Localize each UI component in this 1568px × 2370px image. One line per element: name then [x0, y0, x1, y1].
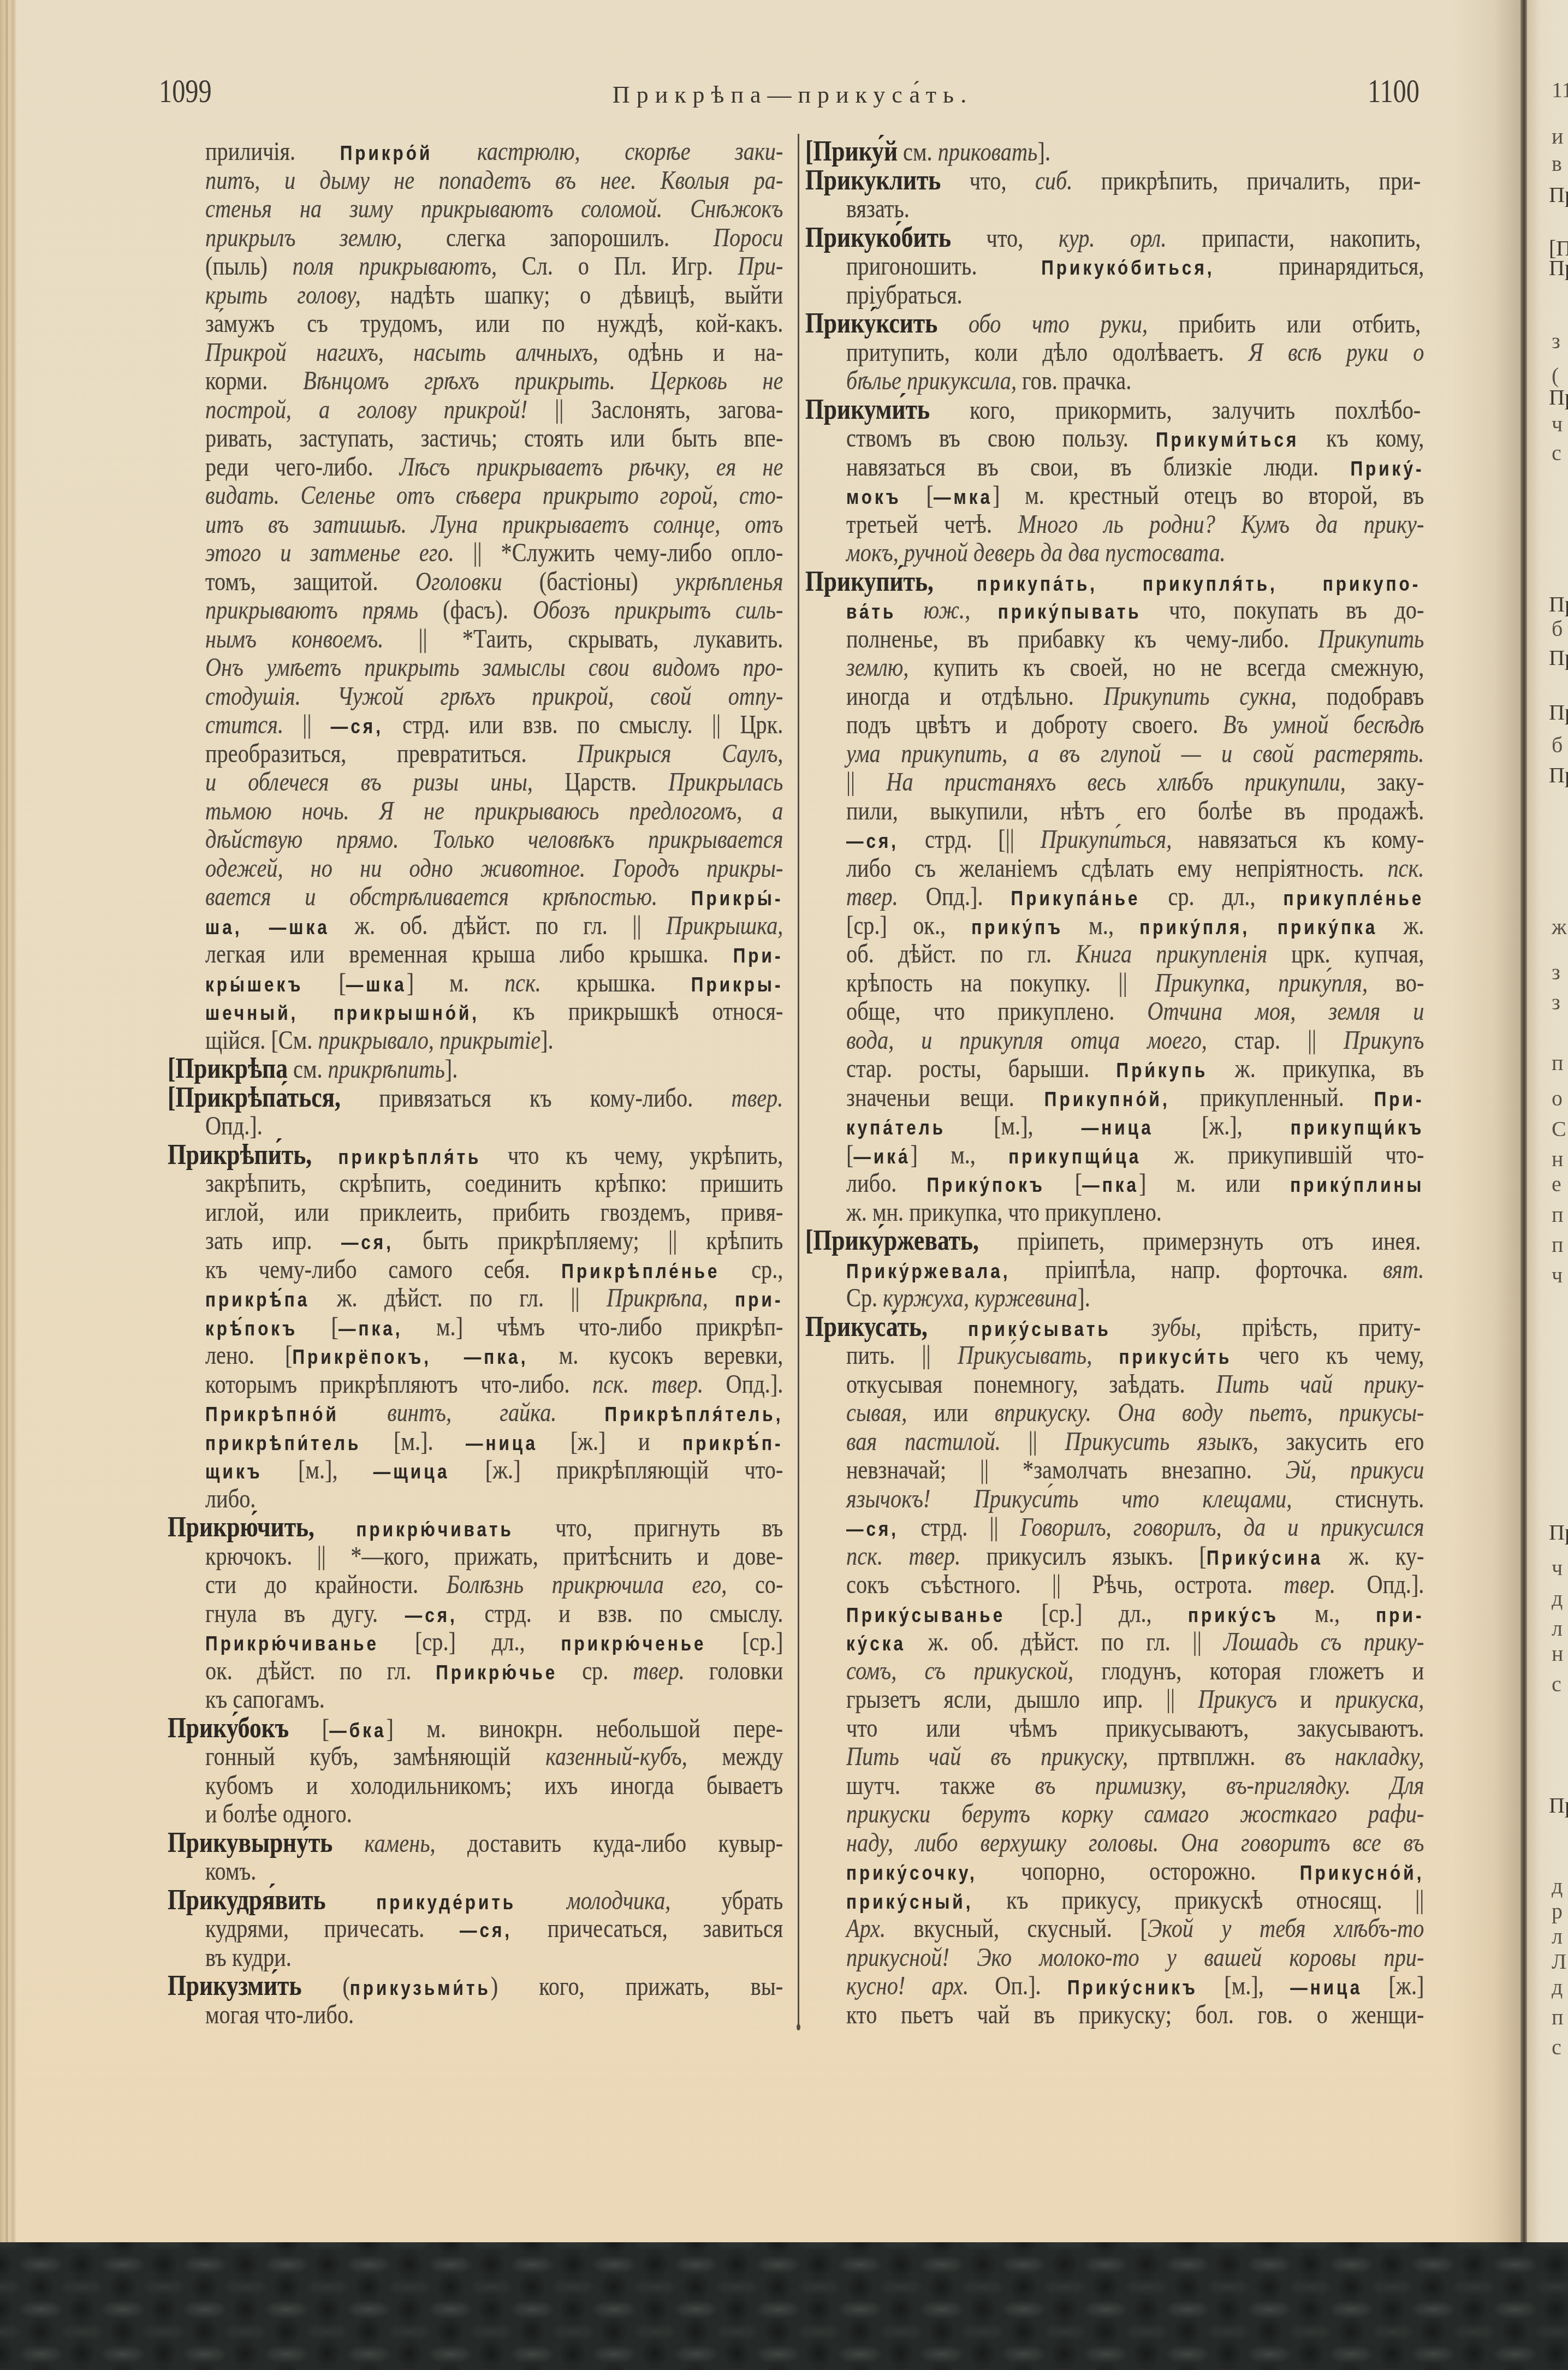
entry-line: зать ипр. —ся, быть прикрѣпляему; || крѣ… [205, 1227, 783, 1256]
italic-text: стится. [205, 710, 283, 739]
text: ж. дѣйст. по гл. || [310, 1284, 607, 1312]
headword: Прикуса́ть, [805, 1311, 928, 1343]
text [312, 1141, 338, 1170]
stacked-page-edges [0, 0, 16, 2242]
italic-text: Прикрой нагихъ, насыть алчныхъ, [205, 338, 598, 367]
entry-line: прикрѣ́па ж. дѣйст. по гл. || Прикрѣпа, … [205, 1284, 783, 1313]
text: || [846, 768, 886, 797]
bold-form: прикупщи́къ [1291, 1116, 1424, 1139]
entry-head-line: [Прику́ржевать, пріипеть, примерзнуть от… [805, 1227, 1421, 1256]
text: причесаться, завиться [512, 1914, 783, 1943]
text: стрд. и взв. по смыслу. [458, 1599, 783, 1628]
text: привязаться къ кому-либо. [341, 1084, 732, 1113]
italic-text: Онъ умѣетъ прикрыть замыслы свои видомъ … [205, 653, 783, 682]
text: ] м., [911, 1141, 1009, 1169]
entry-line: сомъ, съ прикуской, глодунъ, которая гло… [846, 1657, 1424, 1686]
italic-text: твер. [732, 1084, 783, 1113]
headword: Прикуко́бить [805, 222, 951, 253]
text: црк. купчая, [1267, 940, 1424, 969]
next-page-text-fragment: и [1552, 126, 1563, 147]
bold-form: прикрѣ́п- [682, 1431, 783, 1454]
text: либо съ желаніемъ сдѣлать ему непріятнос… [846, 854, 1387, 883]
italic-text: Прикупка, прику́пля, [1155, 969, 1368, 997]
text: обще, что прикуплено. [846, 997, 1147, 1026]
text: Опд.]. [703, 1370, 783, 1399]
column-divider [798, 134, 799, 2027]
scanned-book-spread: 1099 Прикрѣпа—прикуса́ть. 1100 приличія.… [0, 0, 1568, 2370]
text: чопорно, осторожно. [977, 1857, 1300, 1886]
bold-form: купа́тель [846, 1116, 946, 1139]
italic-text: одежей, но ни одно животное. Городъ прик… [205, 854, 783, 883]
entry-line: шечный, прикрышно́й, къ прикрышкѣ относя… [205, 997, 783, 1026]
entry-head-line: Прику́ксить обо что руки, прибить или от… [805, 310, 1421, 338]
entry-line: наду, либо верхушку головы. Она говоритъ… [846, 1829, 1424, 1858]
text: глодунъ, которая гложетъ и [1073, 1656, 1424, 1685]
next-page-text-fragment: р [1552, 1900, 1563, 1922]
bold-form: прику́сный, [846, 1890, 973, 1913]
entry-line: итъ въ затишьѣ. Луна прикрываетъ солнце,… [205, 510, 783, 539]
text: надѣть шапку; о дѣвицѣ, выйти [361, 281, 783, 310]
next-page-text-fragment: п [1552, 1052, 1563, 1074]
entry-line: къ чему-либо самого себя. Прикрѣпле́нье … [205, 1256, 783, 1285]
next-page-text-fragment: д [1552, 1588, 1563, 1609]
text: ]. [541, 1026, 554, 1055]
italic-text: Прикрыся Саулъ, [577, 739, 783, 768]
entry-line: прику́сный, къ прикусу, прикускѣ относящ… [846, 1886, 1424, 1915]
entry-head-line: Прикуса́ть, прику́сывать зубы, пріѣсть, … [805, 1313, 1421, 1342]
bold-form: Прикры- [691, 973, 783, 996]
text: ж. прикупка, въ [1208, 1054, 1424, 1083]
text: прибить или отбить, [1148, 310, 1421, 338]
text: [ [289, 1714, 329, 1743]
bold-form: —ся, [331, 715, 383, 738]
bold-form: —пка, [338, 1317, 403, 1340]
italic-text: пск. твер. [592, 1370, 703, 1399]
next-page-text-fragment: п [1552, 1234, 1563, 1256]
text: [ж.] [1362, 1971, 1424, 2000]
italic-text: сомъ, съ прикуской, [846, 1656, 1073, 1685]
italic-text: прикусной! Эко молоко-то у вашей коровы … [846, 1943, 1424, 1972]
text: что къ чему, укрѣпить, [481, 1141, 783, 1170]
text: головки [685, 1656, 783, 1685]
text: доставить куда-либо кувыр- [436, 1829, 783, 1858]
entry-line: либо съ желаніемъ сдѣлать ему непріятнос… [846, 854, 1424, 883]
entry-head-line: Прикуко́бить что, кур. орл. припасти, на… [805, 224, 1421, 253]
entry-line: Пить чай въ прикуску, пртвплжн. въ накла… [846, 1743, 1424, 1772]
entry-line: грызетъ ясли, дышло ипр. || Прикусъ и пр… [846, 1685, 1424, 1714]
text: припасти, накопить, [1167, 224, 1421, 253]
next-page-text-fragment: С [1552, 1118, 1566, 1140]
text: [ [298, 1312, 338, 1341]
next-page-headword-fragment: Пр [1549, 647, 1568, 669]
bold-form: Прику́ржевала, [846, 1260, 1010, 1282]
bold-form: Прику́сникъ [1067, 1976, 1198, 1999]
text: пртвплжн. [1128, 1742, 1285, 1771]
entry-line: сти до крайности. Болѣзнь прикрючила его… [205, 1571, 783, 1600]
text: со- [727, 1570, 783, 1599]
text: крѣпость на покупку. || [846, 969, 1155, 997]
entry-line: комъ. [205, 1857, 783, 1886]
entry-head-line: [Прикрѣпа см. прикрѣпить]. [168, 1055, 783, 1084]
text: || *Служить чему-либо опло- [454, 538, 783, 567]
text: ж. об. дѣйст. по гл. || [330, 911, 666, 940]
italic-text: Прикусить языкъ, [1065, 1427, 1258, 1456]
entry-line: ривать, заступать, застичь; стоять или б… [205, 424, 783, 453]
italic-text: Прикрѣпа, [607, 1284, 708, 1312]
headword: [Прику́ржевать, [805, 1225, 979, 1256]
text: м., [1279, 1599, 1376, 1628]
italic-text: вприкуску. Она воду пьетъ, прикусы- [995, 1398, 1424, 1427]
bold-form: прикуси́ть [1119, 1345, 1232, 1368]
italic-text: Отчина моя, земля и [1147, 997, 1424, 1026]
italic-text: Обозъ прикрытъ силь- [533, 596, 783, 625]
headword: Прикрѣпи́ть, [168, 1139, 312, 1171]
next-page-text-fragment: л [1552, 1618, 1563, 1640]
italic-text: нымъ конвоемъ. [205, 625, 383, 654]
column-left: приличія. Прикро́й кастрюлю, скорѣе заки… [168, 138, 900, 2029]
entry-line: полненье, въ прибавку къ чему-либо. Прик… [846, 625, 1424, 654]
bold-form: —шка [346, 973, 407, 996]
text: лено. [ [205, 1341, 292, 1370]
column-right: [Прику́й см. приковать].Прику́клить что,… [805, 138, 1538, 2029]
text: кудрями, причесать. [205, 1914, 460, 1943]
bold-form: прикупле́нье [1283, 887, 1424, 910]
entry-line: вода, и прикупля отца моего, стар. || Пр… [846, 1026, 1424, 1055]
entry-line: мокъ [—мка] м. крестный отецъ во второй,… [846, 482, 1424, 510]
text: ]. [1077, 1284, 1090, 1312]
bold-form: прику́съ [1188, 1603, 1279, 1626]
text: заку- [1346, 768, 1424, 797]
entry-line: (пыль) поля прикрываютъ, Сл. о Пл. Игр. … [205, 252, 783, 281]
bold-form: прикупа́ть, прикупля́ть, прикупо- [977, 572, 1421, 595]
bold-form: —ика́ [853, 1145, 910, 1168]
text: одѣнь и на- [598, 338, 783, 367]
bold-form: —ница [1290, 1976, 1362, 1999]
text: подобравъ [1297, 682, 1424, 711]
bold-form: ша, —шка [205, 916, 330, 939]
entry-line: Ср. куржуха, куржевина]. [846, 1284, 1424, 1313]
italic-text: Пороси [714, 223, 783, 252]
entry-head-line: Прикузми́ть (прикузьми́ть) кого, прижать… [168, 1972, 783, 2001]
text: что или чѣмъ прикусываютъ, закусываютъ. [846, 1714, 1424, 1743]
bold-form: При- [1374, 1088, 1424, 1110]
text [339, 1398, 387, 1427]
italic-text: вается и обстрѣливается крѣпостью. [205, 882, 657, 911]
entry-line: кудрями, причесать. —ся, причесаться, за… [205, 1915, 783, 1944]
text: ж. ку- [1323, 1542, 1424, 1571]
text: либо. [205, 1484, 256, 1513]
italic-text: Въ умной бесѣдѣ [1223, 710, 1424, 739]
next-page-text-fragment: ( [1552, 365, 1559, 387]
text: вязать. [846, 194, 910, 223]
text: ривать, заступать, застичь; стоять или б… [205, 424, 783, 453]
bold-form: прикрѣпи́тель [205, 1431, 361, 1454]
entry-line: Прику́сыванье [ср.] дл., прику́съ м., пр… [846, 1600, 1424, 1629]
entry-line: и болѣе одного. [205, 1800, 783, 1829]
text: гов. прачка. [1017, 366, 1131, 395]
italic-text: Эй, прикуси [1286, 1456, 1424, 1484]
page-number-left: 1099 [159, 74, 212, 108]
italic-text: Я всѣ руки о [1249, 338, 1424, 367]
text: ] м. или [1139, 1169, 1290, 1198]
entry-line: этого и затменье его. || *Служить чему-л… [205, 539, 783, 568]
italic-text: Лошадь съ прику- [1223, 1627, 1424, 1656]
text: сокъ съѣстного. || Рѣчь, острота. [846, 1570, 1284, 1599]
entry-line: пили, выкупили, нѣтъ его болѣе въ продаж… [846, 797, 1424, 826]
text [928, 1313, 969, 1342]
italic-text: Прикрылась [668, 768, 783, 797]
entry-line: и облечеся въ ризы ины, Царств. Прикрыла… [205, 768, 783, 797]
next-page-text-fragment: д [1552, 1976, 1563, 1998]
bold-form: щикъ [205, 1460, 263, 1483]
next-page-text-fragment: е [1552, 1173, 1561, 1195]
italic-text: Много ль родни? Кумъ да прику- [1018, 510, 1424, 539]
bold-form: Прикры́- [691, 887, 783, 910]
entry-line: нымъ конвоемъ. || *Таить, скрывать, лука… [205, 625, 783, 654]
entry-line: ша, —шка ж. об. дѣйст. по гл. || Прикрыш… [205, 912, 783, 941]
text: щійся. [См. [205, 1026, 318, 1055]
italic-text: твер. [846, 882, 898, 911]
next-page-sliver: 110ивПр[ПрПрз(ПрчсПрбПрПрбПржззпоСнеппчП… [1527, 0, 1568, 2255]
text: ( [301, 1972, 349, 2001]
text: Ср. [846, 1284, 883, 1312]
next-page-text-fragment: с [1552, 2036, 1561, 2058]
bold-form: при- [1376, 1603, 1424, 1626]
italic-text: мокъ, ручной деверь да два пустосвата. [846, 538, 1226, 567]
entry-line: Арх. вкусный, скусный. [Экой у тебя хлѣб… [846, 1915, 1424, 1944]
italic-text: прикрывало, прикрытіе [318, 1026, 541, 1055]
italic-text: прикрылъ землю, [205, 223, 402, 252]
entry-line: стится. || —ся, стрд. или взв. по смыслу… [205, 711, 783, 740]
bold-form: прикрю́ченье [561, 1632, 706, 1655]
text: подъ цвѣтъ и доброту своего. [846, 710, 1223, 739]
bold-form: прику́пля, прику́пка [1139, 916, 1377, 939]
text: [ [901, 481, 934, 510]
bold-form: —ся, [341, 1231, 394, 1254]
headword: Прикудря́вить [168, 1885, 325, 1916]
italic-text: твер. [1284, 1570, 1335, 1599]
text: ]. [1037, 138, 1050, 167]
entry-line: стодушія. Чужой грѣхъ прикрой, свой отпу… [205, 682, 783, 711]
entry-line: мокъ, ручной деверь да два пустосвата. [846, 539, 1424, 568]
italic-text: Пить чай прику- [1216, 1370, 1424, 1399]
text: ]. [445, 1055, 458, 1084]
text: или [907, 1398, 994, 1427]
entry-line: прикуски берутъ корку самаго жосткаго ра… [846, 1800, 1424, 1829]
entry-line: притупить, коли дѣло одолѣваетъ. Я всѣ р… [846, 338, 1424, 367]
bold-form: —пка [1082, 1173, 1139, 1196]
entry-head-line: Прикувырну́ть камень, доставить куда-либ… [168, 1829, 783, 1858]
headword: Прику́бокъ [168, 1713, 289, 1744]
text: стрд. [|| [899, 825, 1041, 854]
entry-line: прикусной! Эко молоко-то у вашей коровы … [846, 1944, 1424, 1973]
bold-form: прикрѣпля́ть [338, 1145, 482, 1168]
text: ж. об. дѣйст. по гл. || [906, 1627, 1223, 1656]
entry-line: прику́сочку, чопорно, осторожно. Прикусн… [846, 1857, 1424, 1886]
entry-head-line: Прикрѣпи́ть, прикрѣпля́ть что къ чему, у… [168, 1141, 783, 1170]
text: ж. прикупившій что- [1141, 1141, 1424, 1169]
entry-line: видать. Селенье отъ сѣвера прикрыто горо… [205, 482, 783, 510]
bold-form: ва́ть [846, 600, 896, 623]
text [970, 596, 997, 625]
bold-form: при- [735, 1288, 783, 1311]
next-page-text-fragment: п [1552, 1204, 1563, 1226]
text: иглой, или приклеить, прибить гвоздемъ, … [205, 1198, 783, 1227]
entry-line: вязать. [846, 195, 1424, 224]
text: ствомъ въ свою пользу. [846, 424, 1156, 453]
entry-line: гонный кубъ, замѣняющій казенный-кубъ, м… [205, 1743, 783, 1772]
bold-form: Прикро́й [340, 141, 433, 164]
text: ) кого, прижать, вы- [491, 1972, 783, 2001]
bold-form: Прику́- [1350, 457, 1424, 480]
text: см. [288, 1055, 328, 1084]
text [556, 1398, 604, 1427]
entry-line: землю, купить къ своей, но не всегда сме… [846, 654, 1424, 682]
entry-line: которымъ прикрѣпляютъ что-либо. пск. тве… [205, 1370, 783, 1399]
entry-line: кубомъ и холодильникомъ; ихъ иногда быва… [205, 1772, 783, 1801]
text: третьей четѣ. [846, 510, 1018, 539]
text: притупить, коли дѣло одолѣваетъ. [846, 338, 1249, 367]
italic-text: зубы, [1111, 1313, 1202, 1342]
text: навязаться въ свои, въ близкіе люди. [846, 453, 1350, 482]
text: ] м. [407, 969, 504, 997]
text: стиснуть. [1292, 1484, 1424, 1513]
italic-text: Прикупить [1318, 625, 1424, 654]
text [325, 1886, 376, 1915]
text: стрд. || [899, 1513, 1020, 1542]
text: между [687, 1742, 783, 1771]
next-page-text-fragment: с [1552, 1673, 1561, 1695]
text: прикрѣпить, причалить, при- [1072, 167, 1421, 195]
bold-form: прикупщи́ца [1008, 1145, 1141, 1168]
bold-form: прику́плины [1290, 1173, 1424, 1196]
bold-form: —ся, [846, 829, 899, 852]
next-page-headword-fragment: Пр [1549, 387, 1568, 408]
italic-text: Говорилъ, говорилъ, да и прикусился [1020, 1513, 1424, 1542]
italic-text: питъ, и дыму не попадетъ въ нее. Кволыя … [205, 166, 783, 195]
next-page-text-fragment: 110 [1552, 79, 1568, 101]
bold-form: Прикрѣпно́й [205, 1403, 339, 1425]
italic-text: юж., [896, 596, 970, 625]
entry-line: въ кудри. [205, 1944, 783, 1973]
text: корми. [205, 366, 303, 395]
entry-line: пригоношить. Прикуко́биться, принарядить… [846, 252, 1424, 281]
text: чего къ чему, [1232, 1341, 1424, 1370]
bold-form: прикуде́рить [376, 1891, 516, 1914]
text: [ [303, 969, 346, 997]
entry-line: одежей, но ни одно животное. Городъ прик… [205, 854, 783, 883]
italic-text: Прикрышка, [666, 911, 783, 940]
bold-form: —ся, [405, 1603, 458, 1626]
entry-line: невзначай; || *замолчать внезапно. Эй, п… [846, 1456, 1424, 1485]
entry-line: дѣйствую прямо. Только человѣкъ прикрыва… [205, 825, 783, 854]
text: || Заслонять, загова- [527, 395, 783, 424]
text: ] м. крестный отецъ во второй, въ [993, 481, 1424, 510]
text: что, покупать въ до- [1142, 596, 1424, 625]
italic-text: прикуски берутъ корку самаго жосткаго ра… [846, 1799, 1424, 1828]
text: кубомъ и холодильникомъ; ихъ иногда быва… [205, 1771, 783, 1800]
bold-form: прикрѣ́па [205, 1288, 310, 1311]
text: Опд.]. [205, 1112, 263, 1141]
text: Опд.]. [1335, 1570, 1424, 1599]
next-page-headword-fragment: Пр [1549, 702, 1568, 723]
next-page-text-fragment: ч [1552, 413, 1563, 435]
bold-form: Прикрёпокъ, —пка, [292, 1345, 528, 1368]
text: къ сапогамъ. [205, 1685, 325, 1714]
text: [ж.] и [538, 1427, 682, 1456]
dark-cloth-background [0, 2242, 1568, 2370]
next-page-headword-fragment: Пр [1549, 184, 1568, 206]
text: вкусный, скусный. [ [886, 1914, 1148, 1943]
italic-text: ума прикупить, а въ глупой — и свой раст… [846, 739, 1424, 768]
dictionary-page: 1099 Прикрѣпа—прикуса́ть. 1100 приличія.… [0, 0, 1522, 2242]
italic-text: Экой у тебя хлѣбъ-то [1148, 1914, 1424, 1943]
italic-text: итъ въ затишьѣ. Луна прикрываетъ солнце,… [205, 510, 783, 539]
italic-text: и облечеся въ ризы ины, [205, 768, 533, 797]
italic-text: землю, [846, 653, 908, 682]
entry-line: бѣлье прикуксила, гов. прачка. [846, 367, 1424, 396]
entry-head-line: Прикупи́ть, прикупа́ть, прикупля́ть, при… [805, 568, 1421, 597]
italic-text: прикрываютъ прямь [205, 596, 418, 625]
entry-line: —ся, стрд. || Говорилъ, говорилъ, да и п… [846, 1513, 1424, 1542]
italic-text: вят. [1383, 1255, 1424, 1284]
entry-line: стенья на зиму прикрываютъ соломой. Снѣж… [205, 195, 783, 224]
text: [м.], [946, 1112, 1082, 1141]
entry-line: [—ика́] м., прикупщи́ца ж. прикупившій ч… [846, 1141, 1424, 1170]
text: прикупленный. [1170, 1083, 1374, 1112]
italic-text: построй, а голову прикрой! [205, 395, 527, 424]
bold-form: Прику́покъ [926, 1173, 1044, 1196]
next-page-text-fragment: ч [1552, 1264, 1563, 1286]
headword: Прикузми́ть [168, 1970, 301, 2001]
text: къ чему-либо самого себя. [205, 1255, 561, 1284]
text: шутч. также [846, 1771, 1035, 1800]
bold-form: —мка [934, 485, 993, 508]
entry-line: Опд.]. [205, 1112, 783, 1141]
bold-form: —бка [329, 1719, 386, 1742]
headword: Прикупи́ть, [805, 566, 934, 597]
headword: Прику́ксить [805, 308, 937, 339]
entry-head-line: Прикудря́вить прикуде́рить молодчика, уб… [168, 1886, 783, 1915]
next-page-text-fragment: н [1552, 1643, 1563, 1665]
italic-text: въ примизку, въ-приглядку. Для [1035, 1771, 1424, 1800]
italic-text: Прикупи́ться, [1041, 825, 1172, 854]
entry-head-line: Прику́клить что, сиб. прикрѣпить, причал… [805, 167, 1421, 195]
text: Сл. о Пл. Игр. [497, 252, 738, 281]
entry-line: Прику́ржевала, пріипѣла, напр. форточка.… [846, 1256, 1424, 1285]
entry-line: легкая или временная крыша либо крышка. … [205, 940, 783, 969]
italic-text: приковать [938, 138, 1038, 167]
text: ж. [1377, 911, 1424, 940]
text: [ [1045, 1169, 1082, 1198]
text: преобразиться, превратиться. [205, 739, 577, 768]
headword: [Прику́й [805, 136, 898, 167]
text: томъ, защитой. [205, 567, 415, 596]
text: м. кусокъ веревки, [528, 1341, 783, 1370]
next-page-text-fragment: д [1552, 1875, 1563, 1897]
italic-text: стодушія. Чужой грѣхъ прикрой, свой отпу… [205, 682, 783, 711]
entry-head-line: Прику́бокъ [—бка] м. винокрн. небольшой … [168, 1714, 783, 1743]
entry-head-line: [Прикрѣпа́ться, привязаться къ кому-либо… [168, 1084, 783, 1113]
entry-line: об. дѣйст. по гл. Книга прикупленія црк.… [846, 940, 1424, 969]
italic-text: кур. орл. [1059, 224, 1167, 253]
text: закрѣпить, скрѣпить, соединить крѣпко: п… [205, 1169, 783, 1198]
text: || [1001, 1427, 1065, 1456]
bold-form: Прикрю́чье [436, 1661, 557, 1684]
bold-form: Прикусно́й, [1300, 1861, 1424, 1884]
entry-line: реди чего-либо. Лѣсъ прикрываетъ рѣчку, … [205, 453, 783, 482]
text: пріѣсть, приту- [1201, 1313, 1421, 1342]
